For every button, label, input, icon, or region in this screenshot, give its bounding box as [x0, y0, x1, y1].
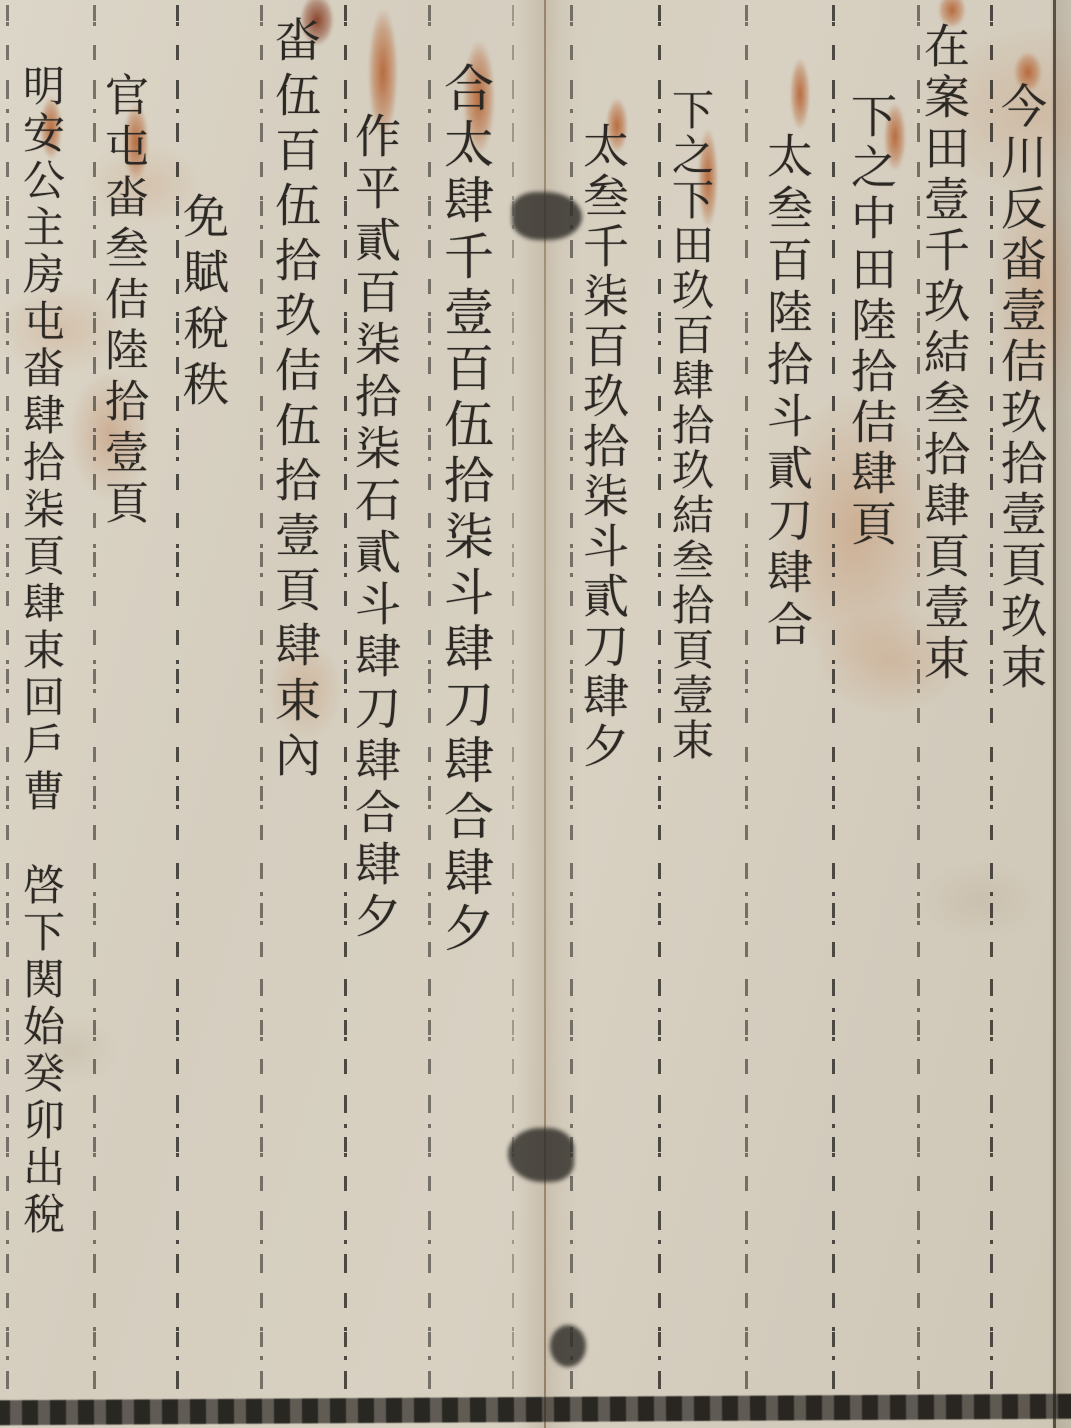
column-divider	[93, 0, 96, 1405]
text-column-8: 作平貳百柒拾柒石貳斗肆刀肆合肆夕	[352, 112, 398, 944]
text-column-2: 在案田壹千玖結叁拾肆頁壹束	[921, 22, 967, 685]
text-column-10: 免賦稅秩	[180, 192, 226, 416]
text-column-1: 今川反畓壹佶玖拾壹頁玖束	[998, 82, 1044, 694]
text-column-5: 下之下田玖百肆拾玖結叁拾頁壹束	[669, 88, 711, 763]
manuscript-page: 今川反畓壹佶玖拾壹頁玖束 在案田壹千玖結叁拾肆頁壹束 下之中田陸拾佶肆頁 太叁百…	[0, 0, 1071, 1428]
text-column-3: 下之中田陸拾佶肆頁	[848, 92, 894, 551]
column-divider	[260, 0, 263, 1405]
text-column-4: 太叁百陸拾斗貳刀肆合	[764, 132, 810, 652]
text-column-9: 畓伍百伍拾玖佶伍拾壹頁肆束內	[272, 16, 318, 786]
text-column-6: 太叁千柒百玖拾柒斗貳刀肆夕	[580, 122, 626, 772]
ink-smudge	[512, 192, 582, 240]
ink-smudge	[550, 1325, 586, 1367]
column-divider	[428, 0, 431, 1405]
column-divider	[990, 0, 993, 1405]
column-divider	[832, 0, 835, 1405]
vermilion-mark	[790, 58, 810, 130]
text-column-11: 官屯畓叁佶陸拾壹頁	[100, 72, 144, 531]
ink-smudge	[508, 1128, 574, 1182]
page-edge-line	[1053, 0, 1056, 1428]
column-divider	[658, 0, 661, 1405]
column-divider	[745, 0, 748, 1405]
bottom-ink-band	[0, 1394, 1071, 1426]
column-divider	[344, 0, 347, 1405]
text-column-7: 合太肆千壹百伍拾柒斗肆刀肆合肆夕	[440, 62, 490, 958]
column-divider	[6, 0, 9, 1405]
text-column-12: 明安公主房屯畓肆拾柒頁肆束回戶曹 啓下関始癸卯出稅	[20, 64, 62, 1239]
